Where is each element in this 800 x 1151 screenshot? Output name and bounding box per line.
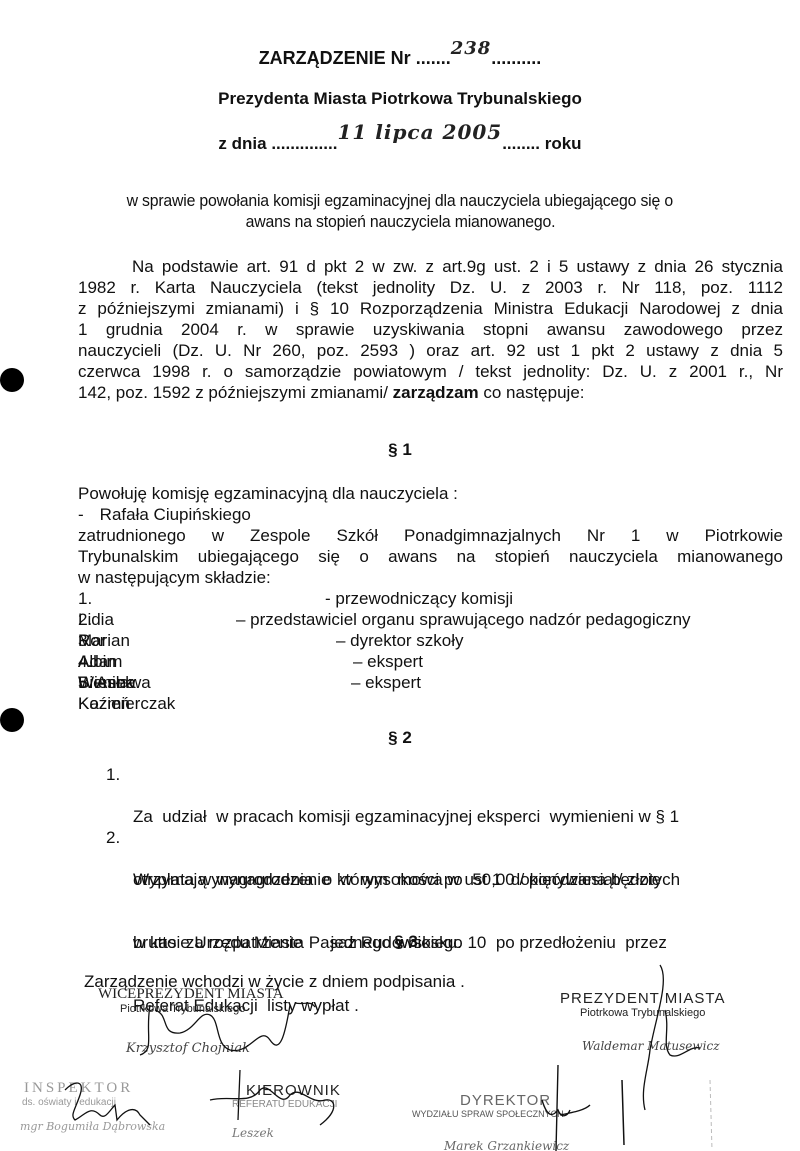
subject-line: awans na stopień nauczyciela mianowanego… <box>245 211 555 232</box>
issuer-line: Prezydenta Miasta Piotrkowa Trybunalskie… <box>0 89 800 109</box>
member-role: – przedstawiciel organu sprawującego nad… <box>236 609 691 630</box>
preamble-line: nauczycieli (Dz. U. Nr 260, poz. 2593 ) … <box>78 340 783 361</box>
date-dots: .............. <box>271 134 337 153</box>
section-1-intro: Powołuję komisję egzaminacyjną dla naucz… <box>78 483 783 504</box>
item-line: Wypłata wynagrodzenia o którym mowa w us… <box>133 869 667 890</box>
member-role: - przewodniczący komisji <box>325 588 513 609</box>
preamble-line: 1982 r. Karta Nauczyciela (tekst jednoli… <box>78 277 783 298</box>
preamble-last-line: 142, poz. 1592 z późniejszymi zmianami/ … <box>78 382 783 403</box>
member-role: – ekspert <box>351 672 421 693</box>
preamble-line: Na podstawie art. 91 d pkt 2 w zw. z art… <box>78 256 783 277</box>
teacher-line: -Rafała Ciupińskiego <box>78 504 783 525</box>
member-name: 5. Anna Kaźmierczak <box>78 672 175 714</box>
date-suffix: roku <box>540 134 582 153</box>
title-dots: .......... <box>491 48 541 68</box>
employment-line: zatrudnionego w Zespole Szkół Ponadgimna… <box>78 525 783 546</box>
signature-director <box>540 1060 620 1151</box>
subject: w sprawie powołania komisji egzaminacyjn… <box>0 190 800 232</box>
date-prefix: z dnia <box>218 134 271 153</box>
item-number: 1. <box>106 764 120 785</box>
member-role: – ekspert <box>353 651 423 672</box>
punch-hole <box>0 368 24 392</box>
preamble-text: 142, poz. 1592 z późniejszymi zmianami/ <box>78 383 393 402</box>
item-line: Za udział w pracach komisji egzaminacyjn… <box>133 806 680 827</box>
signature-head <box>200 1060 350 1140</box>
preamble-line: z późniejszymi zmianami) i § 10 Rozporzą… <box>78 298 783 319</box>
signature-inspector <box>55 1075 165 1135</box>
preamble-line: czerwca 1998 r. o samorządzie powiatowym… <box>78 361 783 382</box>
section-3-heading: § 3 <box>0 932 800 952</box>
bullet: - <box>78 505 84 524</box>
signature-vice-president <box>110 995 310 1065</box>
subject-line: w sprawie powołania komisji egzaminacyjn… <box>127 190 673 211</box>
date-dots: ........ <box>502 134 540 153</box>
handwritten-date: 11 lipca 2005 <box>337 120 502 144</box>
preamble: Na podstawie art. 91 d pkt 2 w zw. z art… <box>78 256 783 403</box>
member-role: – dyrektor szkoły <box>336 630 464 651</box>
date-line: z dnia ..............11 lipca 2005......… <box>0 130 800 154</box>
document-title: ZARZĄDZENIE Nr .......238.......... <box>0 48 800 69</box>
section-1-body: Powołuję komisję egzaminacyjną dla naucz… <box>78 483 783 588</box>
title-dots: ....... <box>416 48 451 68</box>
decree-verb: zarządzam <box>393 383 479 402</box>
title-label: ZARZĄDZENIE Nr <box>259 48 416 68</box>
preamble-text: co następuje: <box>479 383 585 402</box>
section-3-label: § 3 <box>394 932 418 951</box>
item-number: 2. <box>106 827 120 848</box>
teacher-name: Rafała Ciupińskiego <box>100 505 251 524</box>
preamble-line: 1 grudnia 2004 r. w sprawie uzyskiwania … <box>78 319 783 340</box>
section-2-heading: § 2 <box>0 728 800 748</box>
section-1-heading: § 1 <box>0 440 800 460</box>
handwritten-number: 238 <box>451 38 492 59</box>
composition-intro: w następującym składzie: <box>78 567 783 588</box>
employment-line: Trybunalskim ubiegającego się o awans na… <box>78 546 783 567</box>
